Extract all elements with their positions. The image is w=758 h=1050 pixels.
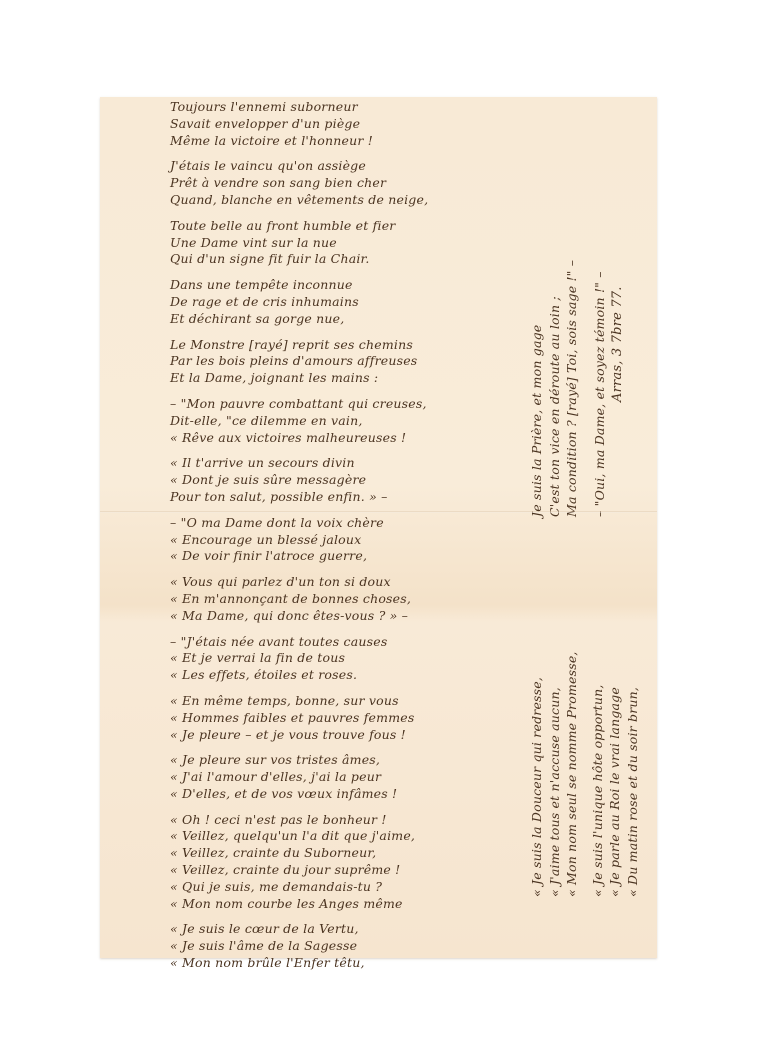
stanza: « Je suis le cœur de la Vertu, « Je suis… xyxy=(170,921,500,971)
poem-line: J'étais le vaincu qu'on assiège xyxy=(170,158,500,175)
margin-line: – "Oui, ma Dame, et soyez témoin !" – xyxy=(591,260,609,517)
poem-line: « Qui je suis, me demandais-tu ? xyxy=(170,879,500,896)
main-poem: Toujours l'ennemi suborneur Savait envel… xyxy=(170,99,500,981)
poem-line: Pour ton salut, possible enfin. » – xyxy=(170,489,500,506)
margin-line: « Je suis l'unique hôte opportun, xyxy=(589,651,607,897)
margin-line: « Du matin rose et du soir brun, xyxy=(624,651,642,897)
poem-line: Dans une tempête inconnue xyxy=(170,277,500,294)
margin-column-upper: Je suis la Prière, et mon gage C'est ton… xyxy=(528,260,608,517)
stanza: – "O ma Dame dont la voix chère « Encour… xyxy=(170,515,500,565)
stanza: « Il t'arrive un secours divin « Dont je… xyxy=(170,455,500,505)
poem-line: « Je suis l'âme de la Sagesse xyxy=(170,938,500,955)
poem-line: « D'elles, et de vos vœux infâmes ! xyxy=(170,786,500,803)
margin-column-lower: « Je suis la Douceur qui redresse, « J'a… xyxy=(528,651,641,897)
poem-line: « Rêve aux victoires malheureuses ! xyxy=(170,430,500,447)
stanza: « Vous qui parlez d'un ton si doux « En … xyxy=(170,574,500,624)
poem-line: « Veillez, quelqu'un l'a dit que j'aime, xyxy=(170,828,500,845)
poem-line: Même la victoire et l'honneur ! xyxy=(170,133,500,150)
poem-line: Et la Dame, joignant les mains : xyxy=(170,370,500,387)
margin-line: Ma condition ? [rayé] Toi, sois sage !" … xyxy=(563,260,581,517)
poem-line: – "J'étais née avant toutes causes xyxy=(170,634,500,651)
poem-line: « Dont je suis sûre messagère xyxy=(170,472,500,489)
poem-line: « Oh ! ceci n'est pas le bonheur ! xyxy=(170,812,500,829)
poem-line: « En même temps, bonne, sur vous xyxy=(170,693,500,710)
stanza: – "Mon pauvre combattant qui creuses, Di… xyxy=(170,396,500,446)
place-date: Arras, 3 7bre 77. xyxy=(610,286,627,402)
poem-line: Une Dame vint sur la nue xyxy=(170,235,500,252)
poem-line: Prêt à vendre son sang bien cher xyxy=(170,175,500,192)
poem-line: Le Monstre [rayé] reprit ses chemins xyxy=(170,337,500,354)
poem-line: « En m'annonçant de bonnes choses, xyxy=(170,591,500,608)
poem-line: Par les bois pleins d'amours affreuses xyxy=(170,353,500,370)
poem-line: « Je suis le cœur de la Vertu, xyxy=(170,921,500,938)
poem-line: Dit-elle, "ce dilemme en vain, xyxy=(170,413,500,430)
paper-fold xyxy=(100,511,657,513)
stanza: Toujours l'ennemi suborneur Savait envel… xyxy=(170,99,500,149)
margin-line: C'est ton vice en déroute au loin ; xyxy=(546,260,564,517)
stanza: Dans une tempête inconnue De rage et de … xyxy=(170,277,500,327)
margin-line: Je suis la Prière, et mon gage xyxy=(528,260,546,517)
poem-line: « Veillez, crainte du Suborneur, xyxy=(170,845,500,862)
poem-line: « Ma Dame, qui donc êtes-vous ? » – xyxy=(170,608,500,625)
stanza: J'étais le vaincu qu'on assiège Prêt à v… xyxy=(170,158,500,208)
signature-block: Arras, 3 7bre 77. xyxy=(610,286,627,402)
stanza: Toute belle au front humble et fier Une … xyxy=(170,218,500,268)
manuscript-page: Toujours l'ennemi suborneur Savait envel… xyxy=(100,97,657,958)
poem-line: « Je pleure – et je vous trouve fous ! xyxy=(170,727,500,744)
poem-line: « Les effets, étoiles et roses. xyxy=(170,667,500,684)
margin-line: « Mon nom seul se nomme Promesse, xyxy=(563,651,581,897)
poem-line: « De voir finir l'atroce guerre, xyxy=(170,548,500,565)
poem-line: – "Mon pauvre combattant qui creuses, xyxy=(170,396,500,413)
poem-line: « Mon nom courbe les Anges même xyxy=(170,896,500,913)
poem-line: « Hommes faibles et pauvres femmes xyxy=(170,710,500,727)
poem-line: Toute belle au front humble et fier xyxy=(170,218,500,235)
poem-line: – "O ma Dame dont la voix chère xyxy=(170,515,500,532)
stanza: « Je pleure sur vos tristes âmes, « J'ai… xyxy=(170,752,500,802)
margin-line: « Je parle au Roi le vrai langage xyxy=(606,651,624,897)
poem-line: « Il t'arrive un secours divin xyxy=(170,455,500,472)
poem-line: « Et je verrai la fin de tous xyxy=(170,650,500,667)
poem-line: « Veillez, crainte du jour suprême ! xyxy=(170,862,500,879)
poem-line: De rage et de cris inhumains xyxy=(170,294,500,311)
poem-line: « Vous qui parlez d'un ton si doux xyxy=(170,574,500,591)
stanza: « En même temps, bonne, sur vous « Homme… xyxy=(170,693,500,743)
poem-line: Qui d'un signe fit fuir la Chair. xyxy=(170,251,500,268)
stanza: – "J'étais née avant toutes causes « Et … xyxy=(170,634,500,684)
poem-line: « Mon nom brûle l'Enfer têtu, xyxy=(170,955,500,972)
poem-line: Quand, blanche en vêtements de neige, xyxy=(170,192,500,209)
poem-line: Savait envelopper d'un piège xyxy=(170,116,500,133)
poem-line: « J'ai l'amour d'elles, j'ai la peur xyxy=(170,769,500,786)
poem-line: Et déchirant sa gorge nue, xyxy=(170,311,500,328)
stanza: « Oh ! ceci n'est pas le bonheur ! « Vei… xyxy=(170,812,500,913)
margin-line: « J'aime tous et n'accuse aucun, xyxy=(546,651,564,897)
poem-line: « Encourage un blessé jaloux xyxy=(170,532,500,549)
poem-line: Toujours l'ennemi suborneur xyxy=(170,99,500,116)
poem-line: « Je pleure sur vos tristes âmes, xyxy=(170,752,500,769)
margin-line: « Je suis la Douceur qui redresse, xyxy=(528,651,546,897)
stanza: Le Monstre [rayé] reprit ses chemins Par… xyxy=(170,337,500,387)
